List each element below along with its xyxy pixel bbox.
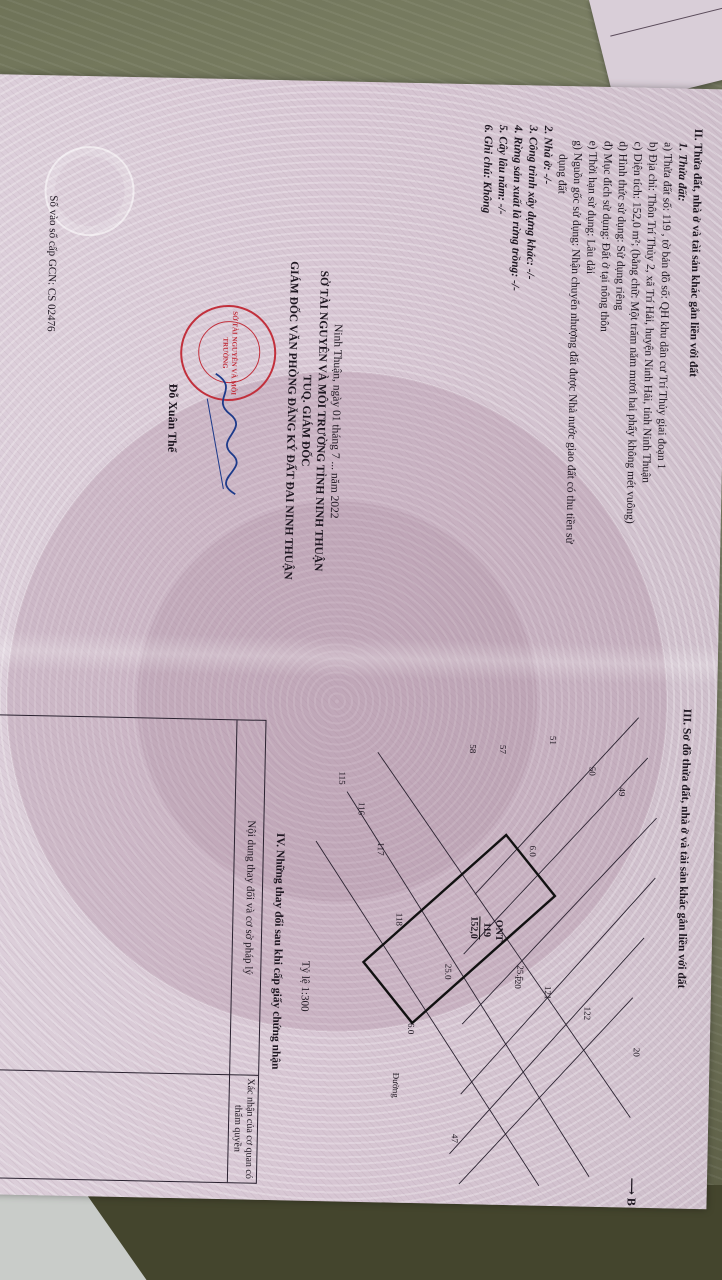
neighbor-label: 115 xyxy=(337,771,347,784)
neighbor-label: 121 xyxy=(543,986,553,1000)
certificate-content: II. Thửa đất, nhà ở và tài sản khác gắn … xyxy=(0,74,722,1209)
parcel-code-label: ONT xyxy=(493,920,504,942)
neighbor-label: 122 xyxy=(582,1007,592,1021)
changes-col-confirm: Xác nhận của cơ quan có thẩm quyền xyxy=(230,1074,256,1182)
neighbor-label: 58 xyxy=(468,744,478,753)
parcel-number-label: 119 xyxy=(481,922,492,937)
handwritten-signature-icon xyxy=(203,369,246,500)
neighbor-label: 120 xyxy=(513,975,523,989)
section4-title: IV. Những thay đổi sau khi cấp giấy chứn… xyxy=(267,720,289,1182)
neighbor-label: 57 xyxy=(498,745,508,754)
neighbor-label: 50 xyxy=(587,767,597,776)
edge-length-label: 25.0 xyxy=(443,964,453,980)
parcel-area-label: 152,0 xyxy=(468,916,480,939)
land-certificate-sheet: II. Thửa đất, nhà ở và tài sản khác gắn … xyxy=(0,74,722,1209)
section-land-info: II. Thửa đất, nhà ở và tài sản khác gắn … xyxy=(469,124,705,669)
neighbor-label: 47 xyxy=(450,1134,460,1143)
changes-table: Nội dung thay đổi và cơ sở pháp lý Xác n… xyxy=(0,714,267,1184)
section-changes: IV. Những thay đổi sau khi cấp giấy chứn… xyxy=(267,720,289,1182)
neighbor-label: 51 xyxy=(548,736,558,745)
signature-block: Ninh Thuận, ngày 01 tháng 7 ... năm 2022… xyxy=(278,210,347,631)
neighbor-label: 117 xyxy=(376,842,386,855)
north-arrow-icon: ⟶ B xyxy=(623,1178,639,1207)
neighbor-label: 118 xyxy=(394,913,404,926)
parcel-diagram xyxy=(289,691,679,1199)
neighbor-label: 49 xyxy=(617,787,627,796)
edge-length-label: 6.0 xyxy=(528,845,538,856)
scale-label: Tỷ lệ 1:300 xyxy=(298,961,311,1012)
road-label: Đường xyxy=(391,1073,402,1098)
neighbor-label: 20 xyxy=(632,1048,642,1057)
registry-number: Số vào sổ cấp GCN: CS 02476 xyxy=(45,195,60,332)
neighbor-label: 116 xyxy=(357,802,367,815)
edge-length-label: 6.0 xyxy=(406,1023,416,1034)
signer-name: Đỗ Xuân Thể xyxy=(160,208,184,628)
